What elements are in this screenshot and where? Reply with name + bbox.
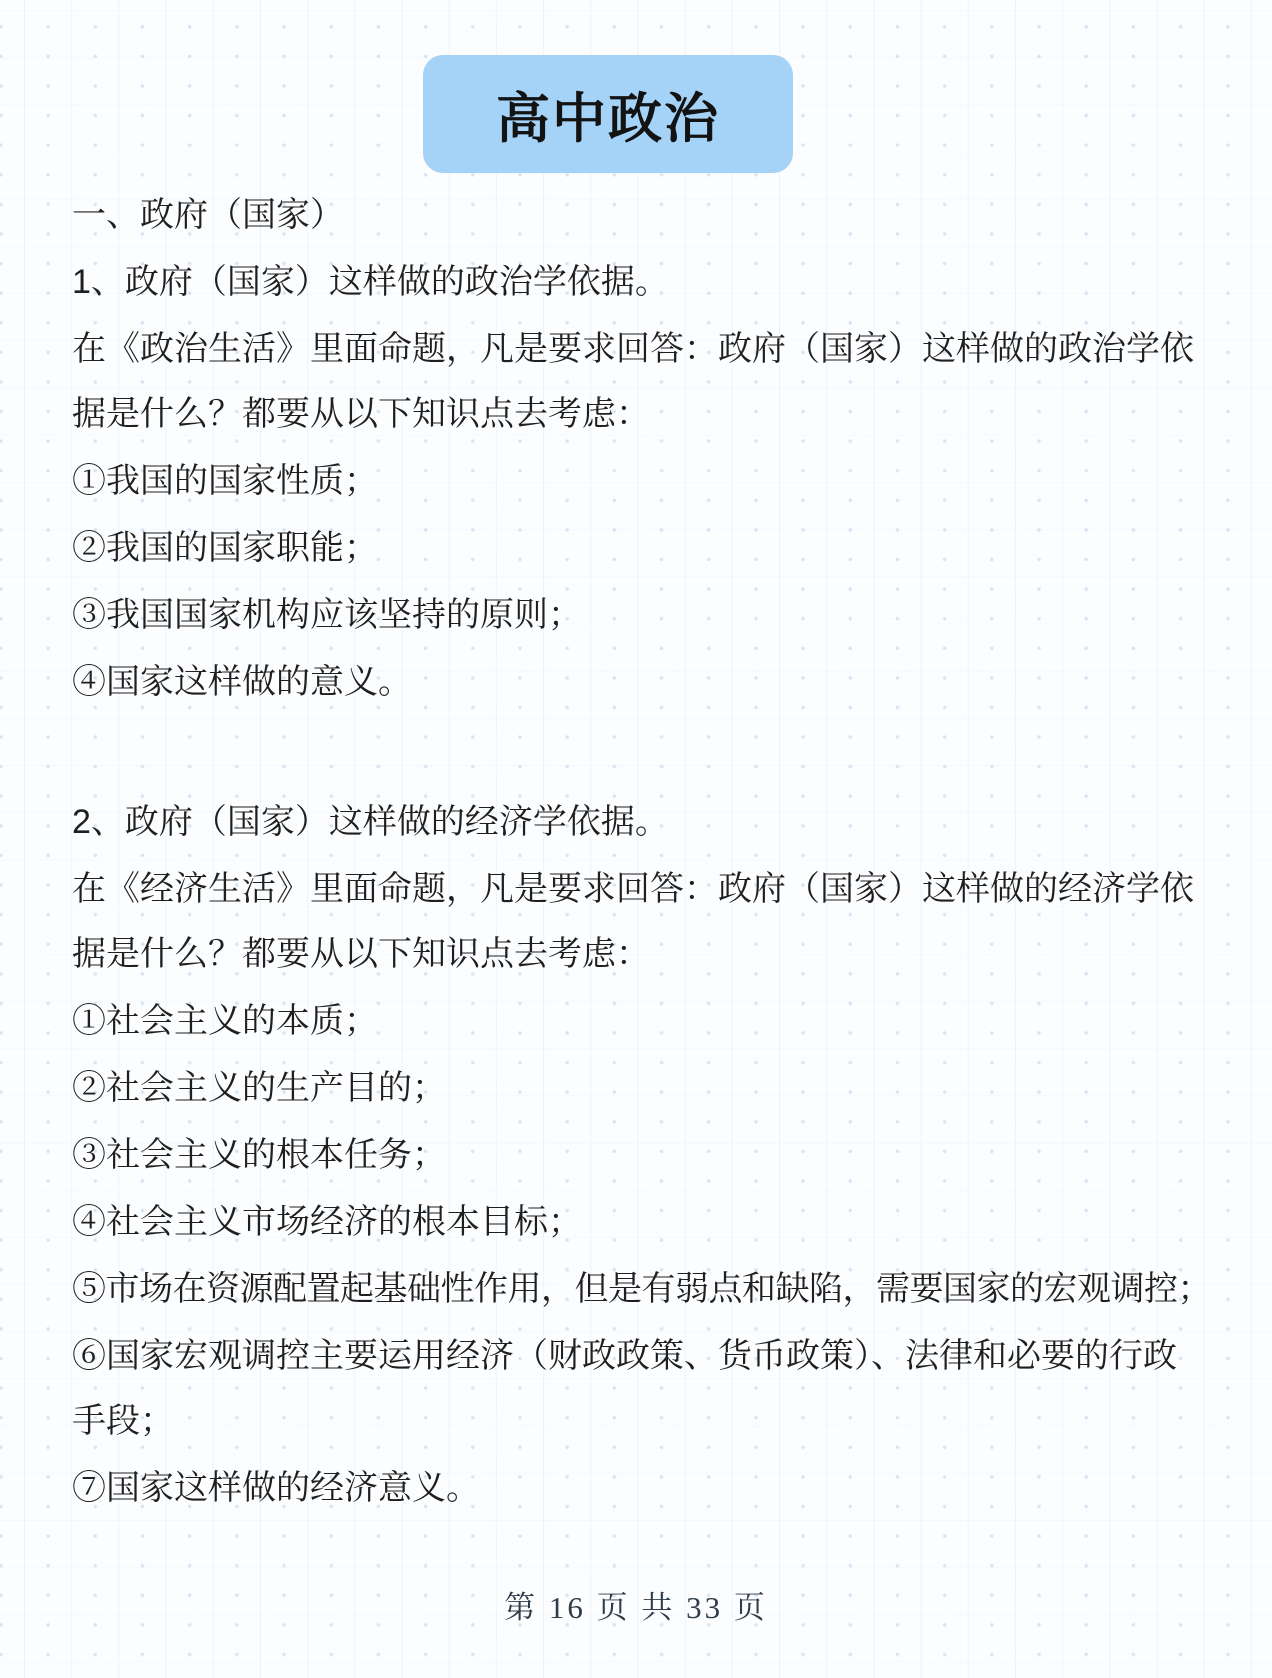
document-page: 高中政治 一、政府（国家） 1、政府（国家）这样做的政治学依据。 在《政治生活》… (0, 0, 1272, 1678)
subsection-2-heading: 2、政府（国家）这样做的经济学依据。 (72, 790, 1202, 855)
subsection-2-intro: 在《经济生活》里面命题，凡是要求回答：政府（国家）这样做的经济学依据是什么？都要… (72, 857, 1202, 987)
list-item: ⑥国家宏观调控主要运用经济（财政政策、货币政策）、法律和必要的行政手段； (72, 1324, 1202, 1454)
list-item: ③社会主义的根本任务； (72, 1123, 1202, 1188)
list-item: ⑤市场在资源配置起基础性作用，但是有弱点和缺陷，需要国家的宏观调控； (72, 1257, 1202, 1322)
subsection-1-intro: 在《政治生活》里面命题，凡是要求回答：政府（国家）这样做的政治学依据是什么？都要… (72, 317, 1202, 447)
list-item: ③我国国家机构应该坚持的原则； (72, 583, 1202, 648)
subsection-1-heading: 1、政府（国家）这样做的政治学依据。 (72, 250, 1202, 315)
section-spacer (72, 717, 1202, 790)
list-item: ①我国的国家性质； (72, 449, 1202, 514)
list-item: ②社会主义的生产目的； (72, 1056, 1202, 1121)
list-item: ④社会主义市场经济的根本目标； (72, 1190, 1202, 1255)
list-item: ①社会主义的本质； (72, 989, 1202, 1054)
list-item: ④国家这样做的意义。 (72, 650, 1202, 715)
list-item: ⑦国家这样做的经济意义。 (72, 1456, 1202, 1521)
list-item: ②我国的国家职能； (72, 516, 1202, 581)
title-banner: 高中政治 (423, 55, 793, 173)
document-content: 一、政府（国家） 1、政府（国家）这样做的政治学依据。 在《政治生活》里面命题，… (72, 183, 1202, 1523)
page-number-text: 第 16 页 共 33 页 (504, 1590, 768, 1625)
page-title: 高中政治 (496, 76, 720, 153)
page-footer: 第 16 页 共 33 页 (0, 1582, 1272, 1627)
section-heading: 一、政府（国家） (72, 183, 1202, 248)
